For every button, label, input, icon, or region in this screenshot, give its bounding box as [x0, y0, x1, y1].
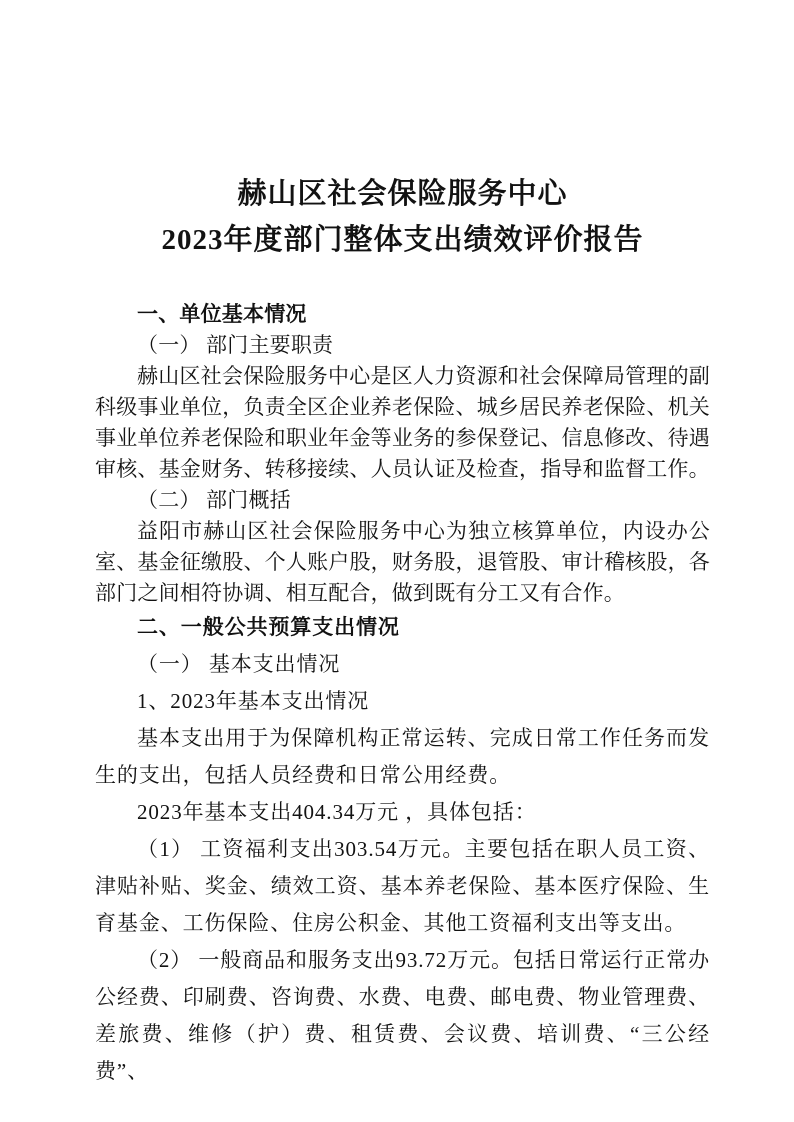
section-unit-basic-info: 一、单位基本情况 （一） 部门主要职责 赫山区社会保险服务中心是区人力资源和社会… — [95, 299, 710, 609]
paragraph-department-overview: 益阳市赫山区社会保险服务中心为独立核算单位，内设办公室、基金征缴股、个人账户股，… — [95, 516, 710, 609]
paragraph-goods-services-expenditure: （2） 一般商品和服务支出93.72万元。包括日常运行正常办公经费、印刷费、咨询… — [95, 942, 710, 1090]
section-2-heading: 二、一般公共预算支出情况 — [95, 609, 710, 646]
doc-title-line-1: 赫山区社会保险服务中心 — [95, 171, 710, 217]
report-page: 赫山区社会保险服务中心 2023年度部门整体支出绩效评价报告 一、单位基本情况 … — [0, 0, 794, 1122]
subsection-1-1-heading: （一） 部门主要职责 — [95, 330, 710, 361]
subsection-1-2-heading: （二） 部门概括 — [95, 485, 710, 516]
subsection-2-1-heading: （一） 基本支出情况 — [95, 646, 710, 683]
paragraph-basic-expenditure-total: 2023年基本支出404.34万元 ，具体包括： — [95, 794, 710, 831]
doc-title-line-2: 2023年度部门整体支出绩效评价报告 — [95, 217, 710, 263]
section-1-heading: 一、单位基本情况 — [95, 299, 710, 330]
item-1-2023-basic-expenditure-heading: 1、2023年基本支出情况 — [95, 683, 710, 720]
paragraph-salary-welfare-expenditure: （1） 工资福利支出303.54万元。主要包括在职人员工资、津贴补贴、奖金、绩效… — [95, 831, 710, 942]
section-general-budget-expenditure: 二、一般公共预算支出情况 （一） 基本支出情况 1、2023年基本支出情况 基本… — [95, 609, 710, 1090]
paragraph-basic-expenditure-definition: 基本支出用于为保障机构正常运转、完成日常工作任务而发生的支出，包括人员经费和日常… — [95, 720, 710, 794]
paragraph-department-duties: 赫山区社会保险服务中心是区人力资源和社会保障局管理的副科级事业单位，负责全区企业… — [95, 361, 710, 485]
